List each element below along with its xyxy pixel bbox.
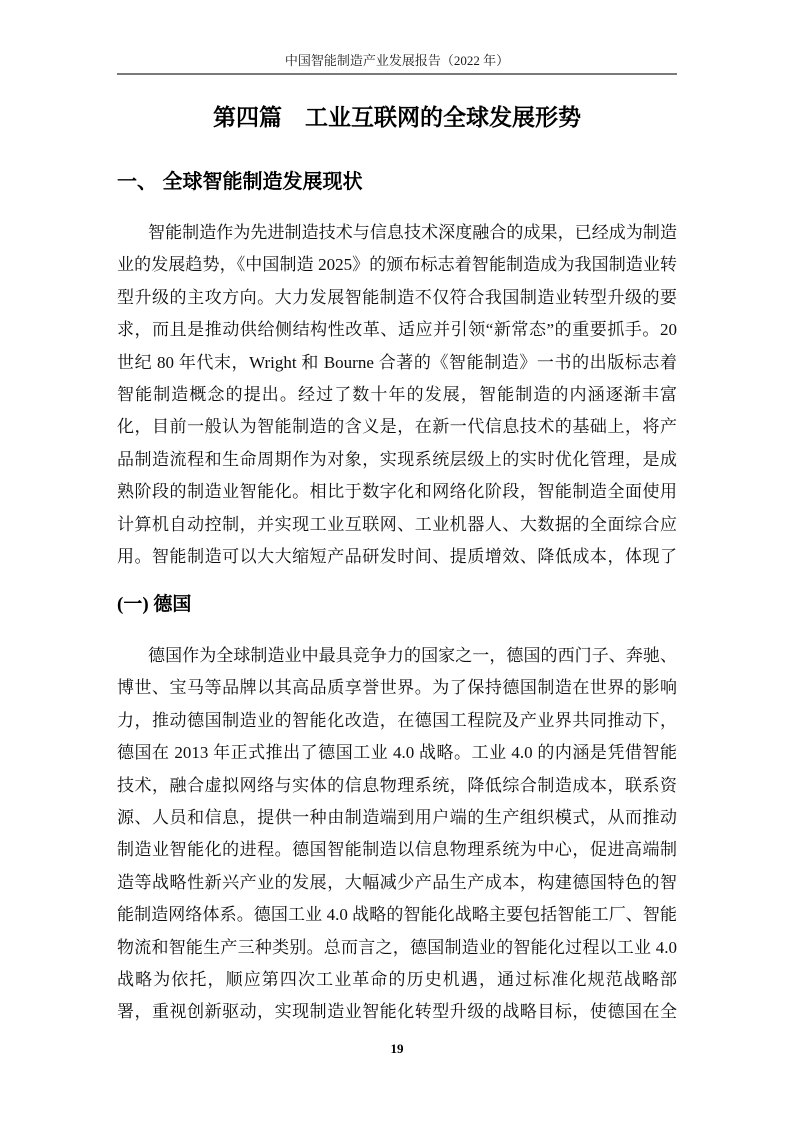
running-header: 中国智能制造产业发展报告（2022 年） <box>117 53 677 69</box>
subsection-heading-germany: (一) 德国 <box>117 592 677 617</box>
document-page: 中国智能制造产业发展报告（2022 年） 第四篇 工业互联网的全球发展形势 一、… <box>0 0 794 1122</box>
page-number: 19 <box>117 1041 677 1057</box>
header-rule <box>117 73 677 75</box>
section-heading-global-status: 一、 全球智能制造发展现状 <box>117 169 677 195</box>
document-title: 第四篇 工业互联网的全球发展形势 <box>117 102 677 132</box>
body-paragraph-1: 智能制造作为先进制造技术与信息技术深度融合的成果，已经成为制造业的发展趋势，《中… <box>117 217 677 575</box>
body-paragraph-2: 德国作为全球制造业中最具竞争力的国家之一，德国的西门子、奔驰、博世、宝马等品牌以… <box>117 640 677 1032</box>
